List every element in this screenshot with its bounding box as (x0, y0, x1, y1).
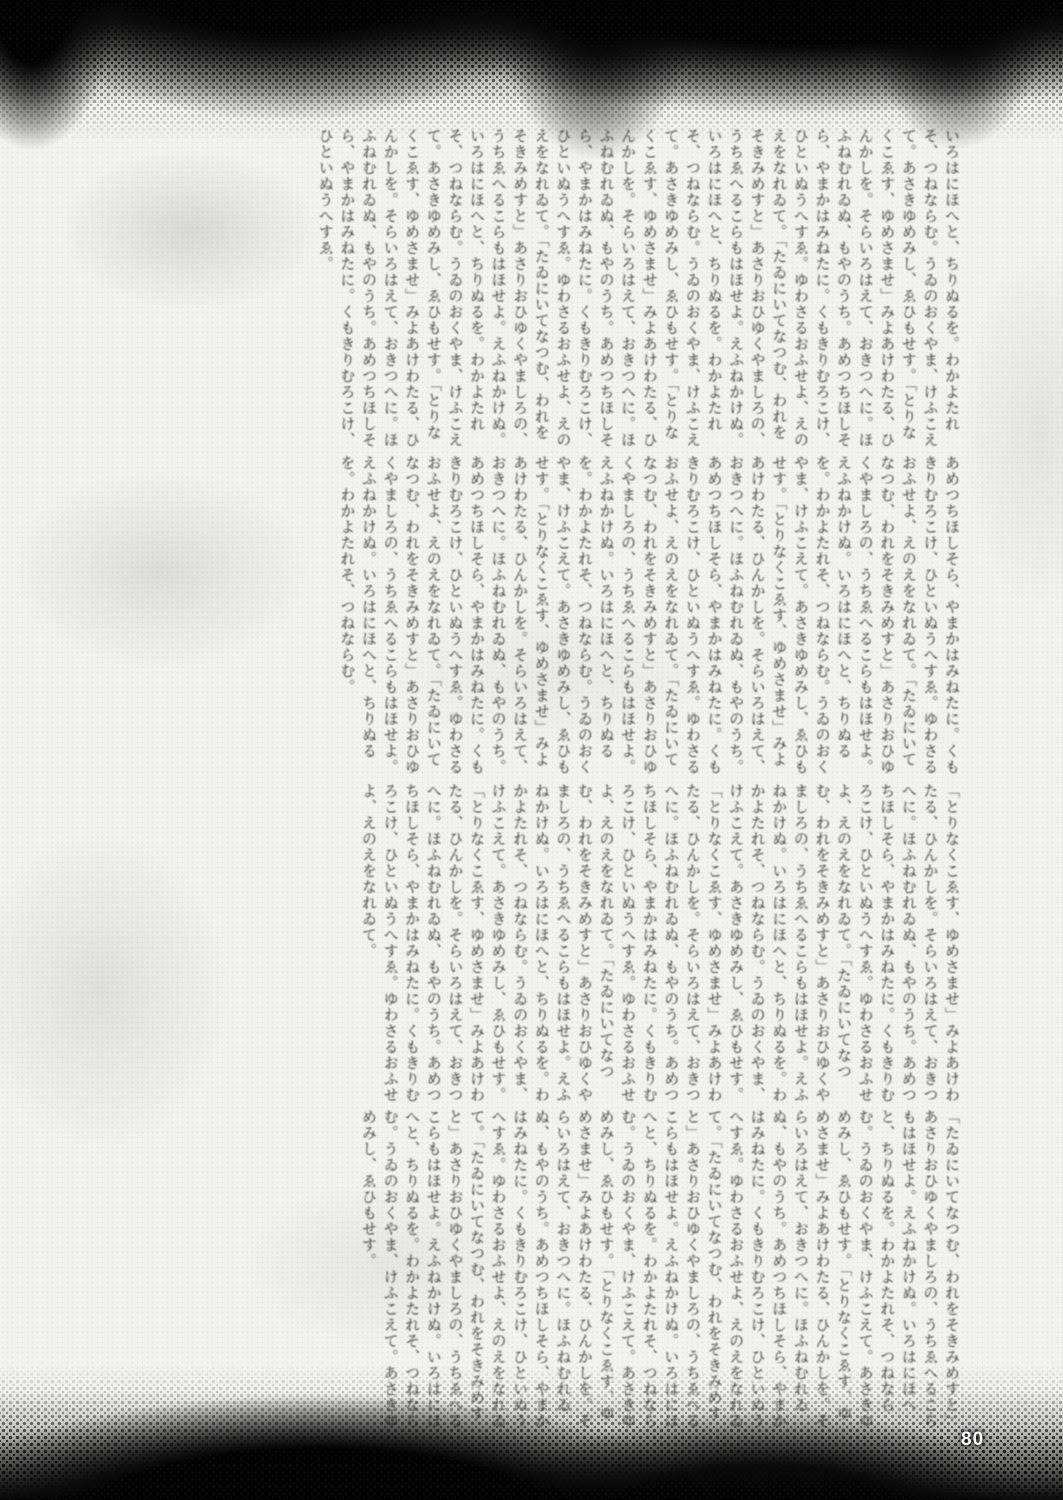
scan-smudge (960, 250, 1063, 610)
text-block-1: いろはにほへと、ちりぬるを。わかよたれそ、つねならむ。うゐのおくやま、けふこえて… (136, 128, 962, 450)
text-block-2: あめつちほしそら、やまかはみねたに。くもきりむろこけ、ひといぬうへすゑ。ゆわさる… (136, 455, 962, 777)
scanned-book-page: いろはにほへと、ちりぬるを。わかよたれそ、つねならむ。うゐのおくやま、けふこえて… (0, 0, 1063, 1500)
text-block-4: 「たゐにいてなつむ、われをそきみめすと」あさりおひゆくやましろの、うちゑへるこら… (136, 1109, 962, 1431)
text-block-3: 「とりなくこゑす、ゆめさませ」みよあけわたる、ひんかしを。そらいろはえて、おきつ… (136, 783, 962, 1105)
page-number: 80 (961, 1429, 984, 1451)
